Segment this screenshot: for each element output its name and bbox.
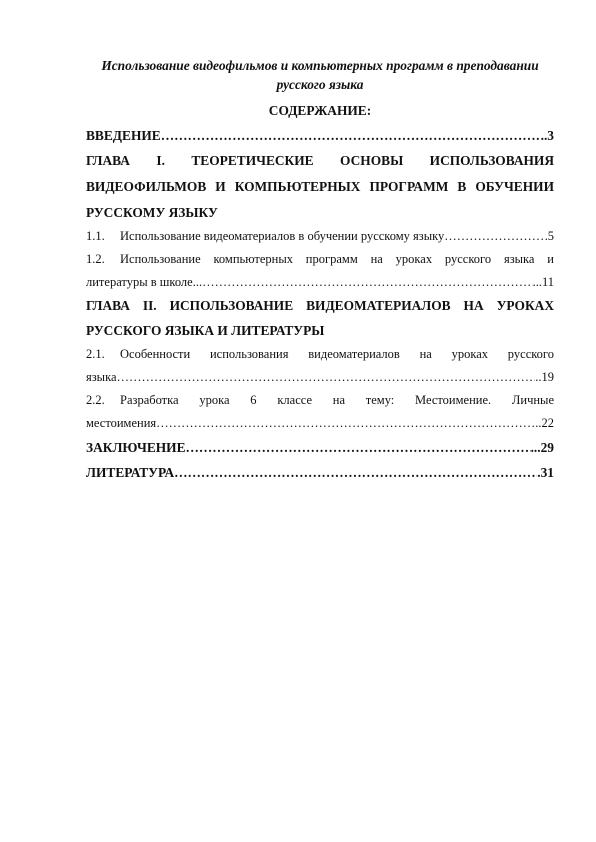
section-number: 2.2. bbox=[86, 393, 120, 408]
dot-leader bbox=[444, 229, 547, 244]
toc-chapter-1-line-3[interactable]: РУССКОМУ ЯЗЫКУ bbox=[86, 205, 554, 221]
document-title-line-1: Использование видеофильмов и компьютерны… bbox=[86, 57, 554, 75]
toc-entry-1-1[interactable]: 1.1.Использование видеоматериалов в обуч… bbox=[86, 229, 554, 244]
toc-chapter-1-line-1[interactable]: ГЛАВА I. ТЕОРЕТИЧЕСКИЕ ОСНОВЫ ИСПОЛЬЗОВА… bbox=[86, 153, 554, 169]
toc-heading: СОДЕРЖАНИЕ: bbox=[86, 103, 554, 119]
toc-chapter-2-line-2[interactable]: РУССКОГО ЯЗЫКА И ЛИТЕРАТУРЫ bbox=[86, 323, 554, 339]
toc-chapter-2-line-1[interactable]: ГЛАВА II. ИСПОЛЬЗОВАНИЕ ВИДЕОМАТЕРИАЛОВ … bbox=[86, 298, 554, 314]
toc-page-number: .3 bbox=[544, 128, 554, 144]
dot-leader bbox=[117, 370, 536, 385]
toc-page-number: ..22 bbox=[535, 416, 554, 431]
toc-page-number: ..19 bbox=[535, 370, 554, 385]
toc-entry-2-2-line-2[interactable]: местоимения ..22 bbox=[86, 416, 554, 431]
toc-entry-conclusion[interactable]: ЗАКЛЮЧЕНИЕ ...29 bbox=[86, 440, 554, 456]
section-number: 2.1. bbox=[86, 347, 120, 362]
toc-entry-introduction[interactable]: ВВЕДЕНИЕ .3 bbox=[86, 128, 554, 144]
toc-entry-label: литературы в школе... bbox=[86, 275, 202, 290]
section-number: 1.2. bbox=[86, 252, 120, 267]
toc-entry-text: Разработка урока 6 классе на тему: Место… bbox=[120, 393, 554, 408]
toc-page-number: ...29 bbox=[531, 440, 554, 456]
toc-entry-literature[interactable]: ЛИТЕРАТУРА .31 bbox=[86, 465, 554, 481]
toc-entry-label: языка bbox=[86, 370, 117, 385]
toc-entry-label: Использование видеоматериалов в обучении… bbox=[120, 229, 444, 243]
dot-leader bbox=[186, 440, 531, 456]
toc-entry-2-1-line-1[interactable]: 2.1. Особенности использования видеомате… bbox=[86, 347, 554, 362]
dot-leader bbox=[174, 465, 537, 481]
dot-leader bbox=[156, 416, 535, 431]
toc-page-number: .31 bbox=[537, 465, 554, 481]
toc-entry-label: ЗАКЛЮЧЕНИЕ bbox=[86, 440, 186, 456]
toc-entry-label: ЛИТЕРАТУРА bbox=[86, 465, 174, 481]
toc-entry-label: местоимения bbox=[86, 416, 156, 431]
toc-page-number: ...11 bbox=[533, 275, 554, 290]
toc-entry-label: ВВЕДЕНИЕ bbox=[86, 128, 161, 144]
document-title-line-2: русского языка bbox=[86, 76, 554, 94]
dot-leader bbox=[202, 275, 533, 290]
toc-entry-2-1-line-2[interactable]: языка ..19 bbox=[86, 370, 554, 385]
toc-entry-2-2-line-1[interactable]: 2.2. Разработка урока 6 классе на тему: … bbox=[86, 393, 554, 408]
toc-entry-1-2-line-2[interactable]: литературы в школе... ...11 bbox=[86, 275, 554, 290]
toc-entry-text: Использование компьютерных программ на у… bbox=[120, 252, 554, 267]
toc-entry-text: Особенности использования видеоматериало… bbox=[120, 347, 554, 362]
dot-leader bbox=[161, 128, 544, 144]
toc-entry-1-2-line-1[interactable]: 1.2. Использование компьютерных программ… bbox=[86, 252, 554, 267]
section-number: 1.1. bbox=[86, 229, 120, 244]
toc-page-number: 5 bbox=[548, 229, 554, 244]
toc-chapter-1-line-2[interactable]: ВИДЕОФИЛЬМОВ И КОМПЬЮТЕРНЫХ ПРОГРАММ В О… bbox=[86, 179, 554, 195]
